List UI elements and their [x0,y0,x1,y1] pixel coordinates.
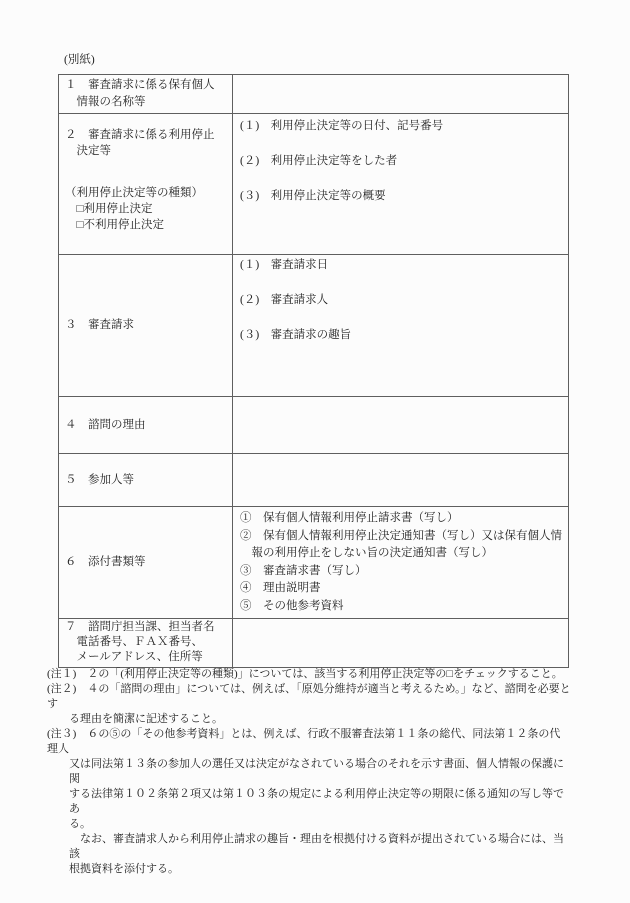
item2-sub1: (１) 利用停止決定等の日付、記号番号 [240,118,564,134]
item2-sub2: (２) 利用停止決定等をした者 [240,153,564,169]
attachment-list-line5: ④ 理由説明書 [240,580,564,598]
item4-label: ４ 諮問の理由 [65,417,228,434]
item3-sub2: (２) 審査請求人 [240,292,564,308]
item2-label: ２ 審査請求に係る利用停止 決定等 [65,127,228,159]
item3-sub3: (３) 審査請求の趣旨 [240,327,564,343]
inquiry-form-table: １ 審査請求に係る保有個人 情報の名称等 ２ 審査請求に係る利用停止 決定等 （… [58,74,569,668]
item1-value-cell [233,75,569,114]
item2-label-cell: ２ 審査請求に係る利用停止 決定等 （利用停止決定等の種類） □利用停止決定 □… [59,114,233,255]
note3-line5: なお、審査請求人から利用停止請求の趣旨・理由を根拠付ける資料が提出されている場合… [47,832,571,862]
item3-label-cell: ３ 審査請求 [59,255,233,397]
table-row-7: ７ 諮問庁担当課、担当者名 電話番号、ＦＡＸ番号、 メールアドレス、住所等 [59,619,569,668]
note3-line6: 根拠資料を添付する。 [47,862,571,877]
item2-sub3: (３) 利用停止決定等の概要 [240,188,564,204]
checkbox-option-no-use-stop-decision: □不利用停止決定 [65,217,228,233]
item5-value-cell [233,454,569,507]
table-row-3: ３ 審査請求 (１) 審査請求日 (２) 審査請求人 (３) 審査請求の趣旨 [59,255,569,397]
item6-value-cell: ① 保有個人情報利用停止請求書（写し） ② 保有個人情報利用停止決定通知書（写し… [233,507,569,619]
table-row-2: ２ 審査請求に係る利用停止 決定等 （利用停止決定等の種類） □利用停止決定 □… [59,114,569,255]
attachment-list-line4: ③ 審査請求書（写し） [240,563,564,581]
item7-value-cell [233,619,569,668]
item4-value-cell [233,397,569,454]
item6-label-cell: ６ 添付書類等 [59,507,233,619]
table-row-6: ６ 添付書類等 ① 保有個人情報利用停止請求書（写し） ② 保有個人情報利用停止… [59,507,569,619]
document-page: { "page": { "attachment_label": "(別紙)" }… [0,0,630,903]
note2-line2: る理由を簡潔に記述すること。 [47,712,571,727]
item1-label-line1: １ 審査請求に係る保有個人 [65,77,228,94]
item7-label-cell: ７ 諮問庁担当課、担当者名 電話番号、ＦＡＸ番号、 メールアドレス、住所等 [59,619,233,668]
attachment-list-line6: ⑤ その他参考資料 [240,598,564,616]
attachment-label: (別紙) [64,53,95,68]
item4-label-cell: ４ 諮問の理由 [59,397,233,454]
note3-line2: 又は同法第１３条の参加人の選任又は決定がなされている場合のそれを示す書面、個人情… [47,757,571,787]
item5-label-cell: ５ 参加人等 [59,454,233,507]
attachment-list-line2: ② 保有個人情報利用停止決定通知書（写し）又は保有個人情 [240,528,564,546]
attachment-list-line3: 報の利用停止をしない旨の決定通知書（写し） [240,545,564,563]
note1-line1: (注１) ２の「(利用停止決定等の種類)」については、該当する利用停止決定等の□… [47,667,571,682]
note2-line1: (注２) ４の「諮問の理由」については、例えば、「原処分維持が適当と考えるため。… [47,682,571,712]
item3-label: ３ 審査請求 [65,317,228,334]
table-row-4: ４ 諮問の理由 [59,397,569,454]
table-row-1: １ 審査請求に係る保有個人 情報の名称等 [59,75,569,114]
item3-value-cell: (１) 審査請求日 (２) 審査請求人 (３) 審査請求の趣旨 [233,255,569,397]
item1-label-cell: １ 審査請求に係る保有個人 情報の名称等 [59,75,233,114]
stop-decision-type-heading: （利用停止決定等の種類） [65,185,228,201]
note3-line3: する法律第１０２条第２項又は第１０３条の規定による利用停止決定等の期限に係る通知… [47,787,571,817]
attachment-list-line1: ① 保有個人情報利用停止請求書（写し） [240,510,564,528]
item5-label: ５ 参加人等 [65,472,228,489]
item2-value-cell: (１) 利用停止決定等の日付、記号番号 (２) 利用停止決定等をした者 (３) … [233,114,569,255]
item7-label-line1: ７ 諮問庁担当課、担当者名 [65,620,228,635]
item7-label-line2: 電話番号、ＦＡＸ番号、 [65,635,228,650]
note3-line1: (注３) ６の⑤の「その他参考資料」とは、例えば、行政不服審査法第１１条の総代、… [47,727,571,757]
checkbox-option-use-stop-decision: □利用停止決定 [65,201,228,217]
item6-label: ６ 添付書類等 [65,554,228,571]
item3-sub1: (１) 審査請求日 [240,257,564,273]
table-row-5: ５ 参加人等 [59,454,569,507]
stop-decision-type-group: （利用停止決定等の種類） □利用停止決定 □不利用停止決定 [65,185,228,233]
item1-label-line2: 情報の名称等 [65,94,228,111]
item7-label-line3: メールアドレス、住所等 [65,650,228,665]
notes-section: (注１) ２の「(利用停止決定等の種類)」については、該当する利用停止決定等の□… [47,667,571,877]
note3-line4: る。 [47,817,571,832]
